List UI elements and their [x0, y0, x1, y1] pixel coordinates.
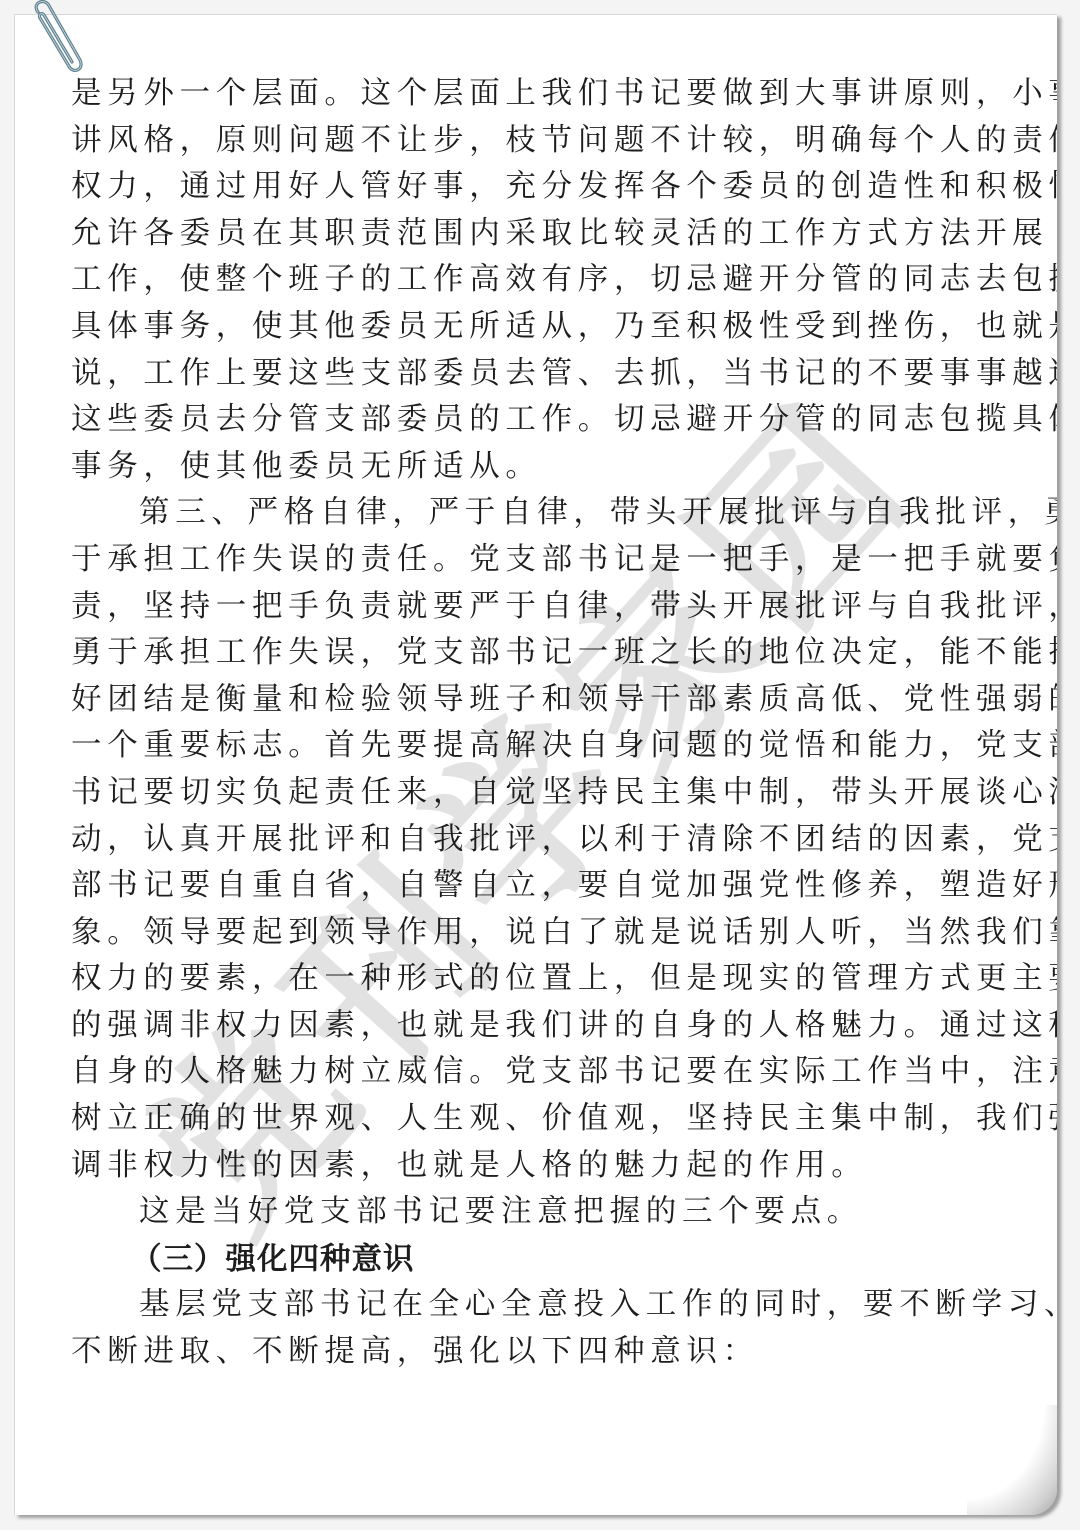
text-line: 具体事务，使其他委员无所适从，乃至积极性受到挫伤，也就是 — [71, 304, 1031, 351]
text-line: 事务，使其他委员无所适从。 — [71, 444, 1031, 491]
document-page: 党刊学家园 是另外一个层面。这个层面上我们书记要做到大事讲原则，小事 讲风格，原… — [14, 14, 1057, 1515]
text-line: 自身的人格魅力树立威信。党支部书记要在实际工作当中，注意 — [71, 1049, 1031, 1096]
text-line: 说，工作上要这些支部委员去管、去抓，当书记的不要事事越过 — [71, 351, 1031, 398]
text-line: 是另外一个层面。这个层面上我们书记要做到大事讲原则，小事 — [71, 71, 1031, 118]
text-line: 责，坚持一把手负责就要严于自律，带头开展批评与自我批评， — [71, 584, 1031, 631]
text-line: 这些委员去分管支部委员的工作。切忌避开分管的同志包揽具体 — [71, 397, 1031, 444]
text-line: 允许各委员在其职责范围内采取比较灵活的工作方式方法开展 — [71, 211, 1031, 258]
paragraph-start-line: 基层党支部书记在全心全意投入工作的同时，要不断学习、 — [71, 1282, 1031, 1329]
text-line: 不断进取、不断提高，强化以下四种意识： — [71, 1329, 1031, 1376]
text-line: 权力，通过用好人管好事，充分发挥各个委员的创造性和积极性， — [71, 164, 1031, 211]
text-line: 于承担工作失误的责任。党支部书记是一把手，是一把手就要负 — [71, 537, 1031, 584]
page-curl-shadow — [967, 1405, 1057, 1515]
text-line: 调非权力性的因素，也就是人格的魅力起的作用。 — [71, 1143, 1031, 1190]
section-heading: （三）强化四种意识 — [71, 1236, 1031, 1283]
text-line: 勇于承担工作失误，党支部书记一班之长的地位决定，能不能搞 — [71, 630, 1031, 677]
text-line: 一个重要标志。首先要提高解决自身问题的觉悟和能力，党支部 — [71, 723, 1031, 770]
text-line: 动，认真开展批评和自我批评，以利于清除不团结的因素，党支 — [71, 817, 1031, 864]
paperclip-icon — [24, 0, 84, 78]
text-line: 的强调非权力因素，也就是我们讲的自身的人格魅力。通过这种 — [71, 1003, 1031, 1050]
text-line: 工作，使整个班子的工作高效有序，切忌避开分管的同志去包揽 — [71, 257, 1031, 304]
document-body: 是另外一个层面。这个层面上我们书记要做到大事讲原则，小事 讲风格，原则问题不让步… — [71, 71, 1031, 1376]
text-line: 书记要切实负起责任来，自觉坚持民主集中制，带头开展谈心活 — [71, 770, 1031, 817]
paragraph-start-line: 第三、严格自律，严于自律，带头开展批评与自我批评，勇 — [71, 490, 1031, 537]
text-line: 讲风格，原则问题不让步，枝节问题不计较，明确每个人的责任 — [71, 118, 1031, 165]
text-line: 树立正确的世界观、人生观、价值观，坚持民主集中制，我们强 — [71, 1096, 1031, 1143]
text-line: 权力的要素，在一种形式的位置上，但是现实的管理方式更主要 — [71, 956, 1031, 1003]
text-line: 象。领导要起到领导作用，说白了就是说话别人听，当然我们靠 — [71, 910, 1031, 957]
text-line: 好团结是衡量和检验领导班子和领导干部素质高低、党性强弱的 — [71, 677, 1031, 724]
text-line: 部书记要自重自省，自警自立，要自觉加强党性修养，塑造好形 — [71, 863, 1031, 910]
paragraph-start-line: 这是当好党支部书记要注意把握的三个要点。 — [71, 1189, 1031, 1236]
